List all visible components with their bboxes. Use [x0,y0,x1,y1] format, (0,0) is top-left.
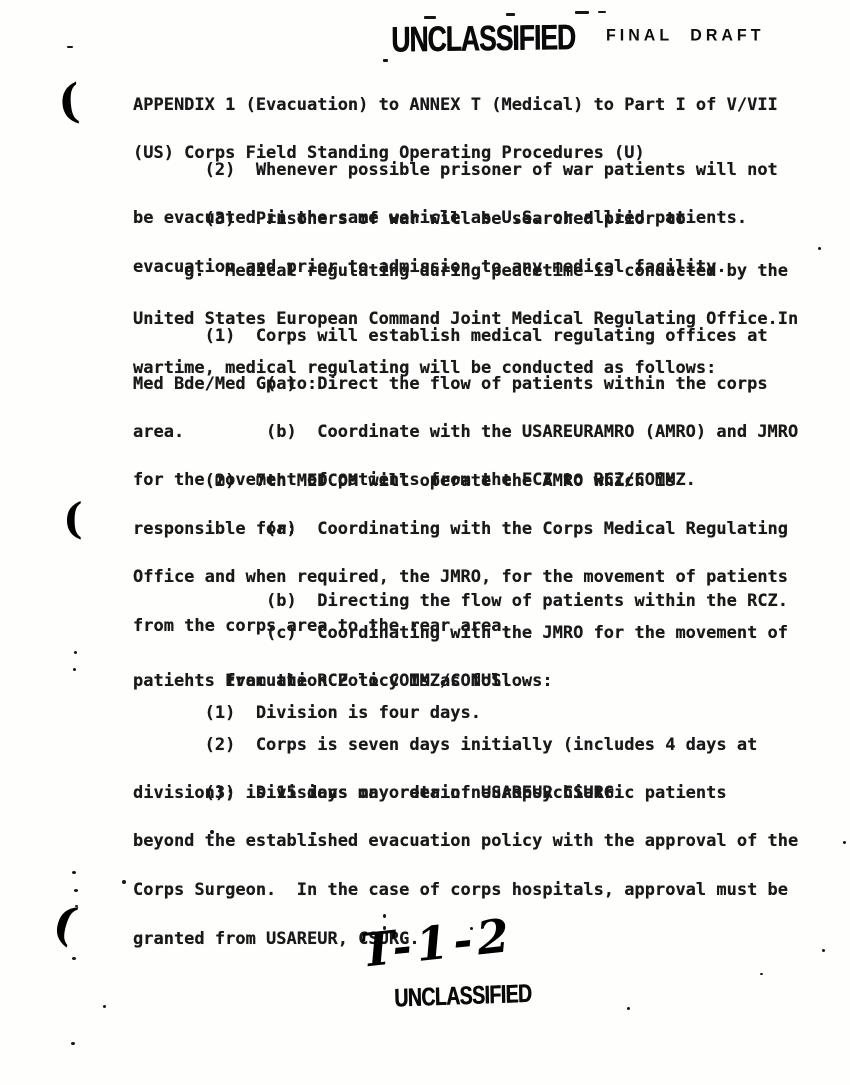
document-line: g. Medical regulating during peacetime i… [133,263,798,279]
scan-speckle [72,871,76,874]
scan-speckle [822,949,825,952]
document-line: Corps Surgeon. In the case of corps hosp… [133,882,798,898]
scan-speckle [843,841,846,844]
document-line: (2) 7th MEDCOM will operate the AMRO whi… [133,473,675,489]
document-line: (2) Corps is seven days initially (inclu… [133,737,757,753]
scan-speckle [72,957,76,960]
scan-speckle [470,927,473,930]
scan-speckle [122,880,126,884]
document-line: (a) Coordinating with the Corps Medical … [133,521,788,537]
scan-speckle [74,651,77,654]
document-line: (a) Direct the flow of patients within t… [133,376,768,392]
scan-speckle [383,926,386,930]
scan-speckle [627,1007,630,1010]
scan-speckle [424,16,436,19]
scan-speckle [598,11,606,13]
scan-speckle [760,973,763,975]
document-line: beyond the established evacuation policy… [133,833,798,849]
scan-speckle [575,11,589,14]
scan-speckle [67,46,73,48]
margin-pen-mark: ( [56,73,81,128]
scan-speckle [71,1042,75,1045]
scan-speckle [103,1005,106,1008]
scan-speckle [383,914,386,918]
final-draft-label: FINAL DRAFT [606,27,764,46]
scan-speckle [506,13,515,16]
classification-stamp-top: UNCLASSIFIED [391,17,575,61]
scan-speckle [818,247,821,250]
margin-pen-mark: ( [63,494,83,543]
scanned-document-page: UNCLASSIFIED FINAL DRAFT APPENDIX 1 (Eva… [0,0,850,1085]
document-line: (1) Corps will establish medical regulat… [133,328,768,344]
document-line: (3) Prisoners of war will be searched pr… [133,211,727,227]
scan-speckle [73,668,76,671]
document-line: (c) Coordinating with the JMRO for the m… [133,625,788,641]
scan-speckle [210,830,214,834]
scan-speckle [74,889,78,892]
margin-pen-mark: ( [47,894,83,952]
document-line: (b) Coordinate with the USAREURAMRO (AMR… [133,424,798,440]
scan-speckle [75,905,78,907]
classification-stamp-bottom: UNCLASSIFIED [394,980,532,1014]
scan-speckle [383,59,388,62]
document-line: (2) Whenever possible prisoner of war pa… [133,162,778,178]
document-line: (3) Divisions may retain neuropsychiatri… [133,785,798,801]
title-line: APPENDIX 1 (Evacuation) to ANNEX T (Medi… [133,97,778,113]
scan-speckle [313,832,316,835]
